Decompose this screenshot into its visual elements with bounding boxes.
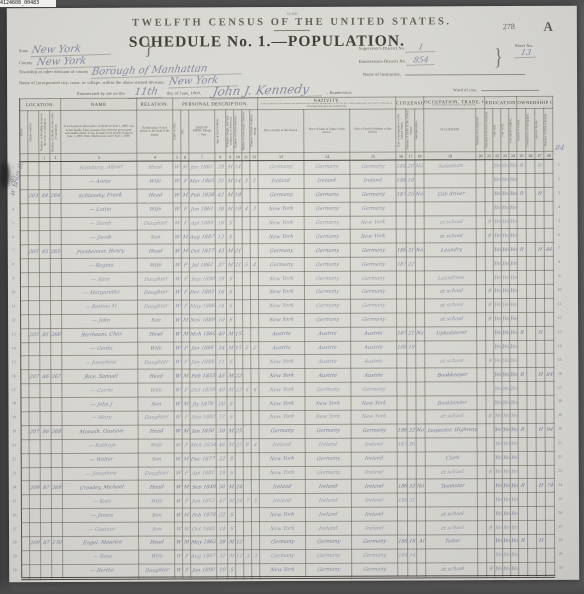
cell-can-speak-english: Yes xyxy=(510,396,518,410)
cell-relation: Daughter xyxy=(139,564,175,578)
cell-months-not-employed xyxy=(477,451,486,465)
cell-color-race: W xyxy=(173,217,181,231)
cell-immigration-year xyxy=(397,396,407,410)
cell-dwelling-number xyxy=(41,550,52,564)
cell-value: S xyxy=(228,276,233,282)
cell-value: M xyxy=(229,554,235,560)
cell-relation: Daughter xyxy=(138,411,174,425)
column-number-birthplace-mother: 15 xyxy=(350,152,396,160)
cell-value: Yes xyxy=(510,441,518,447)
column-label-text: Can speak English. xyxy=(509,118,517,143)
cell-value: 15 xyxy=(235,331,242,337)
cell-owned-or-rented xyxy=(517,173,526,187)
cell-naturalization xyxy=(416,438,425,452)
cell-mother-of-children xyxy=(244,536,252,550)
column-label-farm-schedule-number: Number of farm schedule. xyxy=(544,108,553,151)
cell-attended-school xyxy=(485,174,493,188)
cell-farm-schedule-number xyxy=(544,201,553,215)
cell-color-race: W xyxy=(174,522,182,536)
cell-house-number xyxy=(28,175,39,189)
cell-dwelling-number xyxy=(39,231,50,245)
cell-naturalization xyxy=(416,299,425,313)
cell-farm-or-house xyxy=(537,521,546,535)
cell-birthplace-person: New York xyxy=(259,272,305,286)
col-group-label: EDUCATION. xyxy=(485,100,516,105)
line-number: 28 xyxy=(10,537,19,551)
cell-children-living xyxy=(251,369,259,383)
cell-value: S xyxy=(229,470,234,476)
cell-value: Yes xyxy=(510,483,518,489)
cell-farm-schedule-number xyxy=(546,493,555,507)
cell-value: 22 xyxy=(218,456,225,462)
cell-value: Yes xyxy=(511,538,519,544)
cell-owned-free-or-mortgaged xyxy=(527,284,536,298)
cell-can-speak-english: Yes xyxy=(509,257,517,271)
cell-date-of-birth: Feb 1878 xyxy=(190,508,216,522)
line-number: 17 xyxy=(9,384,18,398)
cell-value: Yes xyxy=(501,233,509,239)
cell-naturalization: Na xyxy=(416,327,425,341)
cell-color-race: W xyxy=(173,272,181,286)
line-number: 12 xyxy=(555,312,564,326)
col-group: PERSONAL DESCRIPTION. xyxy=(173,98,258,110)
cell-street xyxy=(20,273,28,287)
cell-mother-of-children xyxy=(242,286,250,300)
cell-value: Ireland xyxy=(365,456,385,463)
cell-naturalization xyxy=(416,354,425,368)
cell-birthplace-person: Austria xyxy=(259,341,305,355)
cell-value: 30 xyxy=(408,442,415,448)
cell-marital: S xyxy=(227,314,235,328)
cell-value: Mch 1860 xyxy=(190,331,216,338)
cell-value: Ireland xyxy=(319,511,339,518)
cell-value: Germany xyxy=(315,233,339,240)
line-number: 19 xyxy=(556,409,565,423)
cell-age: 38 xyxy=(217,536,228,550)
cell-date-of-birth: Nov 1889 xyxy=(190,314,216,328)
cell-months-not-employed xyxy=(477,424,486,438)
cell-relation: Son xyxy=(138,453,174,467)
cell-occupation: Upholsterer xyxy=(425,326,477,340)
cell-can-read: Yes xyxy=(495,535,503,549)
column-label-text: Number of years married. xyxy=(234,115,242,148)
cell-birthplace-mother: Germany xyxy=(351,313,397,327)
cell-family-number xyxy=(50,273,61,287)
cell-value: Hamburg, Alfred xyxy=(78,165,122,172)
cell-immigration-year: 1868 xyxy=(397,424,407,438)
cell-birthplace-father: Ireland xyxy=(305,480,351,494)
cell-can-read: Yes xyxy=(494,479,502,493)
cell-can-speak-english: Yes xyxy=(509,187,517,201)
cell-value: at school xyxy=(439,219,463,226)
cell-value: Sep 1849 xyxy=(191,484,216,491)
cell-years-in-us xyxy=(407,382,416,396)
col-group: EDUCATION. xyxy=(485,97,517,109)
cell-value: R xyxy=(519,163,524,169)
cell-birthplace-father: Germany xyxy=(305,313,351,327)
column-label-text: House number. xyxy=(29,122,37,141)
col-group: LOCATION. xyxy=(20,99,61,111)
cell-value: at school xyxy=(440,316,464,323)
column-label-row: Street.House number.Number of dwelling-h… xyxy=(20,108,553,153)
column-label-dwelling-number: Number of dwelling-house in the order of… xyxy=(39,111,50,154)
cell-name: — Sarah xyxy=(61,217,137,231)
cell-value: W xyxy=(174,248,180,254)
cell-relation: Wife xyxy=(138,439,174,453)
cell-birthplace-person: New York xyxy=(259,452,305,466)
cell-can-write: Yes xyxy=(502,410,510,424)
cell-marital: M xyxy=(227,480,235,494)
cell-attended-school xyxy=(487,535,495,549)
cell-value: Jun 1888 xyxy=(191,359,215,366)
cell-can-write: Yes xyxy=(502,479,510,493)
cell-age: 50 xyxy=(216,480,227,494)
cell-owned-or-rented xyxy=(518,382,527,396)
column-number-mother-of-children: 11 xyxy=(242,153,250,161)
cell-years-in-us: 18 xyxy=(406,174,415,188)
cell-value: 9 xyxy=(489,525,493,531)
cell-value: M xyxy=(182,234,188,240)
cell-value: Yes xyxy=(510,455,518,461)
census-table: LOCATION.NAMERELATION.PERSONAL DESCRIPTI… xyxy=(19,96,555,580)
cell-value: at school xyxy=(440,469,464,476)
cell-farm-or-house: H xyxy=(536,326,545,340)
col-group-note: of each person TEN years of age and over… xyxy=(424,104,484,107)
cell-can-read: Yes xyxy=(494,410,502,424)
cell-age: 43 xyxy=(215,244,226,258)
cell-color-race: W xyxy=(174,314,182,328)
column-number-can-write: 23 xyxy=(501,152,509,160)
cell-value: Na xyxy=(416,247,424,253)
cell-months-not-employed xyxy=(477,437,486,451)
cell-mother-of-children: 3 xyxy=(244,550,252,564)
cell-value: 3 xyxy=(254,553,258,559)
cell-value: Germany xyxy=(361,164,385,171)
cell-dwelling-number xyxy=(41,564,52,578)
cell-value: 4 xyxy=(244,206,248,212)
cell-value: 207 xyxy=(29,374,40,380)
cell-value: New York xyxy=(269,317,295,324)
cell-can-write: Yes xyxy=(503,493,511,507)
cell-can-read: Yes xyxy=(494,271,502,285)
cell-value: R xyxy=(521,483,526,489)
cell-owned-free-or-mortgaged xyxy=(527,409,536,423)
cell-dwelling-number xyxy=(40,523,51,537)
cell-value: M xyxy=(228,540,234,546)
cell-birthplace-person: Ireland xyxy=(259,480,305,494)
cell-attended-school xyxy=(486,271,494,285)
cell-value: 1881 xyxy=(397,344,407,350)
cell-value: 74 xyxy=(546,483,553,489)
cell-can-speak-english: Yes xyxy=(510,312,518,326)
cell-mother-of-children xyxy=(243,369,251,383)
cell-date-of-birth: Aug 1887 xyxy=(189,230,215,244)
cell-sex: M xyxy=(181,189,189,203)
cell-name: — Regina xyxy=(61,258,137,272)
cell-relation: Daughter xyxy=(137,217,173,231)
cell-name: — Kathryn xyxy=(62,439,138,453)
cell-farm-schedule-number xyxy=(545,451,554,465)
cell-birthplace-father: Germany xyxy=(306,535,352,549)
cell-house-number xyxy=(29,467,40,481)
cell-years-in-us: 33 xyxy=(407,479,416,493)
cell-value: Apl 1884 xyxy=(190,220,214,227)
cell-value: Yes xyxy=(510,372,518,378)
cell-mother-of-children: 2 xyxy=(243,341,251,355)
cell-value: Yes xyxy=(495,497,503,503)
cell-sex: F xyxy=(181,217,189,231)
column-number-house-number xyxy=(28,154,39,162)
cell-age: 14 xyxy=(216,522,227,536)
cell-years-in-us: 20 xyxy=(406,160,415,174)
line-number: 6 xyxy=(9,231,18,245)
cell-years-married xyxy=(234,230,242,244)
cell-value: Daughter xyxy=(143,304,168,311)
cell-color-race: W xyxy=(174,300,182,314)
cell-mother-of-children xyxy=(243,355,251,369)
cell-value: Germany xyxy=(316,456,340,463)
cell-value: 10 xyxy=(217,317,224,323)
census-table-header: LOCATION.NAMERELATION.PERSONAL DESCRIPTI… xyxy=(20,96,553,161)
cell-value: New York xyxy=(270,525,296,532)
cell-value: 12 xyxy=(217,234,224,240)
column-label-birthplace-person: Place of birth of this Person. xyxy=(258,109,304,152)
line-number: 30 xyxy=(556,562,565,576)
cell-can-read: Yes xyxy=(493,201,501,215)
cell-value: Wife xyxy=(150,498,163,504)
cell-date-of-birth: Oct 1885 xyxy=(190,522,216,536)
cell-birthplace-father: Austria xyxy=(305,341,351,355)
cell-value: 22 xyxy=(235,373,242,379)
column-label-house-number: House number. xyxy=(28,111,39,154)
column-label-text: Relationship of each person to the head … xyxy=(137,125,172,137)
cell-value: 4 xyxy=(245,387,249,393)
cell-months-not-employed xyxy=(478,493,487,507)
sheet-field: Sheet No. 13 xyxy=(515,43,555,58)
cell-value: Ireland xyxy=(271,178,291,185)
cell-street xyxy=(21,384,29,398)
cell-street xyxy=(21,314,29,328)
cell-birthplace-father: Ireland xyxy=(305,494,351,508)
cell-value: 40 xyxy=(217,331,224,337)
cell-months-not-employed xyxy=(477,354,486,368)
cell-value: Yes xyxy=(510,302,518,308)
cell-value: 9 xyxy=(488,358,492,364)
cell-birthplace-father: Germany xyxy=(305,299,351,313)
cell-value: 86 xyxy=(42,429,49,435)
cell-can-read: Yes xyxy=(495,549,503,563)
cell-value: 38 xyxy=(217,206,224,212)
cell-dwelling-number xyxy=(40,495,51,509)
cell-value: 270 xyxy=(52,540,63,546)
cell-dwelling-number xyxy=(40,453,51,467)
cell-mother-of-children xyxy=(243,466,251,480)
cell-birthplace-mother: Germany xyxy=(352,535,398,549)
cell-owned-free-or-mortgaged xyxy=(527,465,536,479)
cell-name: — Josephine xyxy=(62,356,138,370)
cell-can-read: Yes xyxy=(494,465,502,479)
cell-naturalization xyxy=(417,507,426,521)
cell-attended-school xyxy=(487,493,495,507)
cell-mother-of-children xyxy=(243,411,251,425)
cell-farm-or-house xyxy=(536,451,545,465)
cell-age: 47 xyxy=(216,494,227,508)
cell-relation: Wife xyxy=(137,258,173,272)
column-label-text: Naturalization. xyxy=(415,121,423,140)
cell-years-married xyxy=(235,466,243,480)
cell-house-number xyxy=(28,217,39,231)
cell-value: 9 xyxy=(487,289,491,295)
cell-value: R xyxy=(521,538,526,544)
cell-years-in-us: 21 xyxy=(407,327,416,341)
cell-birthplace-person: New York xyxy=(258,202,304,216)
cell-months-not-employed xyxy=(476,243,485,257)
cell-value: Germany xyxy=(362,386,386,393)
col-group-label: PERSONAL DESCRIPTION. xyxy=(173,101,257,106)
cell-birthplace-person: New York xyxy=(258,230,304,244)
cell-value: Germany xyxy=(269,247,293,254)
cell-months-not-employed xyxy=(476,215,485,229)
cell-age: 40 xyxy=(216,383,227,397)
cell-birthplace-mother: Austria xyxy=(351,341,397,355)
column-label-years-in-us: Number of years in the United States. xyxy=(406,109,415,152)
cell-value: Austria xyxy=(272,331,292,338)
cell-mother-of-children: 6 xyxy=(243,438,251,452)
cell-farm-schedule-number xyxy=(546,521,555,535)
cell-value: Jan 1861 xyxy=(190,164,214,171)
line-number: 29 xyxy=(556,548,565,562)
cell-mother-of-children xyxy=(242,188,250,202)
cell-value: F xyxy=(183,304,188,310)
cell-value: 3 xyxy=(252,206,256,212)
cell-name: — John J xyxy=(62,397,138,411)
cell-occupation: at school xyxy=(425,312,477,326)
column-label-text: Street. xyxy=(20,128,28,136)
line-number: 5 xyxy=(555,214,564,228)
page-number: 278 xyxy=(503,22,515,31)
cell-relation: Son xyxy=(138,314,174,328)
cell-can-write: Yes xyxy=(502,298,510,312)
cell-value: Yes xyxy=(509,177,517,183)
cell-sex: M xyxy=(181,244,189,258)
cell-children-living xyxy=(251,466,259,480)
cell-value: Yes xyxy=(493,247,501,253)
column-number-birthplace-father: 14 xyxy=(304,152,350,160)
cell-age: 19 xyxy=(215,272,226,286)
cell-years-married xyxy=(236,564,244,578)
cell-street xyxy=(20,259,28,273)
cell-date-of-birth: Sep 1880 xyxy=(189,272,215,286)
cell-months-not-employed xyxy=(476,160,485,174)
cell-can-write: Yes xyxy=(502,326,510,340)
line-number: 14 xyxy=(555,340,564,354)
cell-years-in-us xyxy=(406,216,415,230)
cell-house-number xyxy=(29,356,40,370)
line-number: 21 xyxy=(10,439,19,453)
cell-years-married xyxy=(235,314,243,328)
cell-value: Yes xyxy=(501,219,509,225)
cell-value: F xyxy=(184,470,189,476)
cell-name: Rice, Samuel xyxy=(62,370,138,384)
cell-owned-free-or-mortgaged xyxy=(528,493,537,507)
cell-children-living xyxy=(251,522,259,536)
cell-months-not-employed xyxy=(477,299,486,313)
cell-value: 5 xyxy=(253,498,257,504)
cell-value: Salesman xyxy=(438,163,464,170)
left-line-numbers: 1234567891011121314151617181920212223242… xyxy=(8,161,19,578)
cell-value: Yes xyxy=(503,538,511,544)
cell-name: — Carrie xyxy=(62,383,138,397)
column-label-text: Year of immigration to the United States… xyxy=(397,111,405,151)
cell-value: H xyxy=(538,330,543,336)
cell-family-number xyxy=(51,412,62,426)
cell-value: F xyxy=(184,415,189,421)
cell-value: Yes xyxy=(502,483,510,489)
cell-attended-school xyxy=(485,160,493,174)
cell-date-of-birth: Jan 1890 xyxy=(191,564,217,578)
cell-can-read: Yes xyxy=(494,424,502,438)
column-number-months-not-employed: 20 xyxy=(476,152,485,160)
col-group: OCCUPATION, TRADE, OR PROFESSIONof each … xyxy=(424,97,485,109)
cell-owned-or-rented xyxy=(518,437,527,451)
cell-value: New York xyxy=(270,511,296,518)
cell-owned-or-rented: R xyxy=(518,368,527,382)
column-number-street xyxy=(20,154,28,162)
cell-street xyxy=(21,412,29,426)
cell-value: Yes xyxy=(503,511,511,517)
cell-birthplace-father: Austria xyxy=(305,369,351,383)
cell-value: 85 xyxy=(41,332,48,338)
cell-value: New York xyxy=(269,414,295,421)
cell-mother-of-children xyxy=(243,480,251,494)
cell-farm-or-house: H xyxy=(536,479,545,493)
institution-label: Name of Institution, xyxy=(363,72,401,77)
cell-value: Yes xyxy=(511,552,519,558)
cell-name: — Alice xyxy=(61,272,137,286)
column-number-immigration-year: 16 xyxy=(396,152,406,160)
cell-sex: F xyxy=(182,467,190,481)
cell-years-in-us xyxy=(407,368,416,382)
cell-occupation: Clerk xyxy=(425,451,477,465)
cell-owned-or-rented xyxy=(519,521,528,535)
column-label-text: Number of farm schedule. xyxy=(544,113,552,147)
cell-months-not-employed xyxy=(477,465,486,479)
cell-value: Ireland xyxy=(319,497,339,504)
cell-can-speak-english: Yes xyxy=(509,173,517,187)
cell-value: Austria xyxy=(364,344,384,351)
cell-owned-free-or-mortgaged xyxy=(526,173,535,187)
cell-value: M xyxy=(182,165,188,171)
cell-marital: S xyxy=(228,564,236,578)
cell-value: New York xyxy=(269,456,295,463)
cell-sex: M xyxy=(181,230,189,244)
cell-years-married: 15 xyxy=(235,327,243,341)
cell-name: — John xyxy=(62,314,138,328)
cell-farm-schedule-number xyxy=(545,396,554,410)
cell-value: Yes xyxy=(502,400,510,406)
cell-attended-school: 9 xyxy=(487,521,495,535)
cell-value: 9 xyxy=(489,566,493,572)
cell-value: — Mary xyxy=(91,415,112,422)
cell-attended-school xyxy=(486,424,494,438)
cell-attended-school: 9 xyxy=(486,285,494,299)
line-number: 13 xyxy=(555,326,564,340)
cell-family-number xyxy=(51,398,62,412)
column-label-marital: Whether single, married, widowed, or div… xyxy=(226,110,234,153)
cell-value: W xyxy=(174,165,180,171)
cell-date-of-birth: Dec 1883 xyxy=(189,286,215,300)
cell-value: Upholsterer xyxy=(436,330,468,337)
